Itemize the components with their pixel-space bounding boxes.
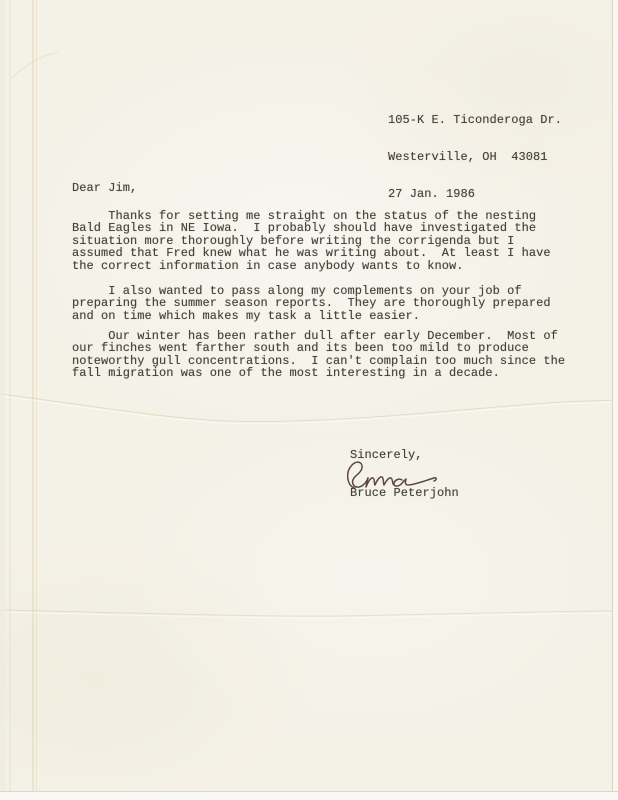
paragraph-2: I also wanted to pass along my complemen…: [72, 285, 551, 322]
date-line: 27 Jan. 1986: [388, 188, 562, 200]
scan-edge-bottom: [0, 791, 618, 800]
paragraph-3: Our winter has been rather dull after ea…: [72, 330, 565, 380]
letter-page: 105-K E. Ticonderoga Dr. Westerville, OH…: [0, 0, 618, 800]
typed-name: Bruce Peterjohn: [350, 487, 459, 499]
paragraph-1: Thanks for setting me straight on the st…: [72, 210, 551, 272]
return-address-line1: 105-K E. Ticonderoga Dr.: [388, 114, 562, 126]
scan-edge-right: [612, 0, 618, 800]
scan-edge-left: [0, 0, 5, 800]
return-address-line2: Westerville, OH 43081: [388, 151, 562, 163]
salutation: Dear Jim,: [72, 182, 137, 194]
return-address-block: 105-K E. Ticonderoga Dr. Westerville, OH…: [388, 89, 562, 225]
